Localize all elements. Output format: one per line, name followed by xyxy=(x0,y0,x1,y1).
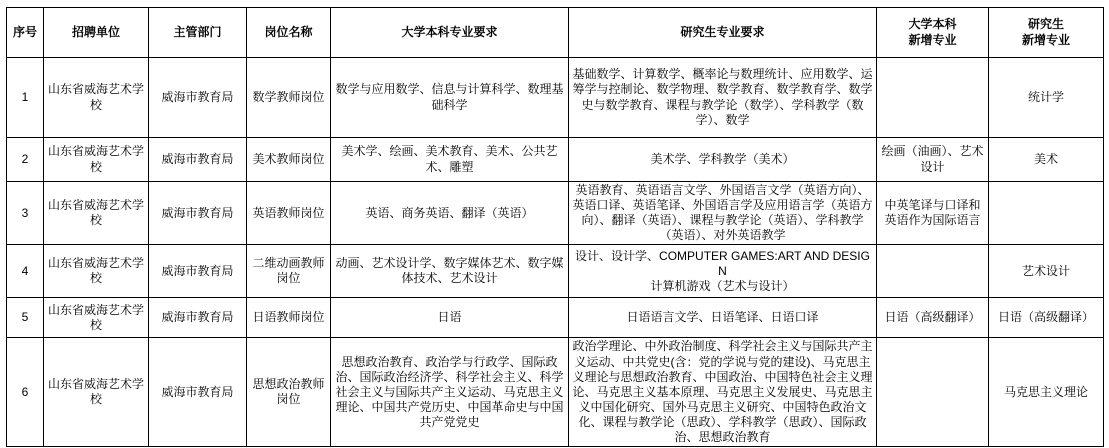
cell-benke-xinzeng: 日语（高级翻译） xyxy=(877,298,989,338)
cell-zhaopin-danwei: 山东省威海艺术学校 xyxy=(44,58,149,138)
cell-benke-xinzeng xyxy=(877,245,989,298)
cell-benke-xinzeng: 绘画（油画）、艺术设计 xyxy=(877,138,989,182)
cell-zhaopin-danwei: 山东省威海艺术学校 xyxy=(44,245,149,298)
cell-benke-yaoqiu: 动画、艺术设计学、数字媒体艺术、数字媒体技术、艺术设计 xyxy=(331,245,569,298)
cell-yanjiusheng-yaoqiu: 美术学、学科教学（美术） xyxy=(569,138,877,182)
column-header-gangwei-mingcheng: 岗位名称 xyxy=(247,8,331,58)
cell-zhuguan-bumen: 威海市教育局 xyxy=(149,58,247,138)
cell-zhuguan-bumen: 威海市教育局 xyxy=(149,298,247,338)
cell-xuhao: 4 xyxy=(7,245,44,298)
cell-zhaopin-danwei: 山东省威海艺术学校 xyxy=(44,138,149,182)
cell-benke-yaoqiu: 英语、商务英语、翻译（英语） xyxy=(331,182,569,245)
column-header-zhuguan-bumen: 主管部门 xyxy=(149,8,247,58)
cell-gangwei-mingcheng: 日语教师岗位 xyxy=(247,298,331,338)
cell-yanjiusheng-xinzeng: 马克思主义理论 xyxy=(989,338,1104,447)
table-row: 4山东省威海艺术学校威海市教育局二维动画教师岗位动画、艺术设计学、数字媒体艺术、… xyxy=(7,245,1104,298)
cell-gangwei-mingcheng: 英语教师岗位 xyxy=(247,182,331,245)
column-header-benke-xinzeng: 大学本科 新增专业 xyxy=(877,8,989,58)
table-row: 1山东省威海艺术学校威海市教育局数学教师岗位数学与应用数学、信息与计算科学、数理… xyxy=(7,58,1104,138)
cell-xuhao: 1 xyxy=(7,58,44,138)
table-body: 1山东省威海艺术学校威海市教育局数学教师岗位数学与应用数学、信息与计算科学、数理… xyxy=(7,58,1104,447)
cell-benke-yaoqiu: 数学与应用数学、信息与计算科学、数理基础科学 xyxy=(331,58,569,138)
column-header-benke-yaoqiu: 大学本科专业要求 xyxy=(331,8,569,58)
header-row: 序号 招聘单位 主管部门 岗位名称 大学本科专业要求 研究生专业要求 大学本科 … xyxy=(7,8,1104,58)
cell-yanjiusheng-xinzeng xyxy=(989,182,1104,245)
cell-benke-yaoqiu: 美术学、绘画、美术教育、美术、公共艺术、雕塑 xyxy=(331,138,569,182)
cell-yanjiusheng-yaoqiu: 设计、设计学、COMPUTER GAMES:ART AND DESIGN 计算机… xyxy=(569,245,877,298)
cell-benke-yaoqiu: 日语 xyxy=(331,298,569,338)
recruitment-table: 序号 招聘单位 主管部门 岗位名称 大学本科专业要求 研究生专业要求 大学本科 … xyxy=(6,7,1104,447)
page: 序号 招聘单位 主管部门 岗位名称 大学本科专业要求 研究生专业要求 大学本科 … xyxy=(0,0,1109,448)
table-row: 2山东省威海艺术学校威海市教育局美术教师岗位美术学、绘画、美术教育、美术、公共艺… xyxy=(7,138,1104,182)
cell-gangwei-mingcheng: 二维动画教师岗位 xyxy=(247,245,331,298)
table-header: 序号 招聘单位 主管部门 岗位名称 大学本科专业要求 研究生专业要求 大学本科 … xyxy=(7,8,1104,58)
cell-gangwei-mingcheng: 美术教师岗位 xyxy=(247,138,331,182)
column-header-zhaopin-danwei: 招聘单位 xyxy=(44,8,149,58)
cell-benke-yaoqiu: 思想政治教育、政治学与行政学、国际政治、国际政治经济学、科学社会主义、科学社会主… xyxy=(331,338,569,447)
cell-xuhao: 2 xyxy=(7,138,44,182)
cell-benke-xinzeng: 中英笔译与口译和英语作为国际语言 xyxy=(877,182,989,245)
cell-yanjiusheng-xinzeng: 艺术设计 xyxy=(989,245,1104,298)
cell-zhuguan-bumen: 威海市教育局 xyxy=(149,182,247,245)
table-row: 3山东省威海艺术学校威海市教育局英语教师岗位英语、商务英语、翻译（英语）英语教育… xyxy=(7,182,1104,245)
cell-yanjiusheng-yaoqiu: 基础数学、计算数学、概率论与数理统计、应用数学、运筹学与控制论、数学物理、数学教… xyxy=(569,58,877,138)
cell-gangwei-mingcheng: 思想政治教师岗位 xyxy=(247,338,331,447)
cell-zhaopin-danwei: 山东省威海艺术学校 xyxy=(44,182,149,245)
cell-yanjiusheng-yaoqiu: 英语教育、英语语言文学、外国语言文学（英语方向）、英语口译、英语笔译、外国语言学… xyxy=(569,182,877,245)
cell-gangwei-mingcheng: 数学教师岗位 xyxy=(247,58,331,138)
cell-zhaopin-danwei: 山东省威海艺术学校 xyxy=(44,338,149,447)
cell-zhuguan-bumen: 威海市教育局 xyxy=(149,245,247,298)
column-header-xuhao: 序号 xyxy=(7,8,44,58)
cell-xuhao: 3 xyxy=(7,182,44,245)
cell-zhuguan-bumen: 威海市教育局 xyxy=(149,138,247,182)
cell-benke-xinzeng xyxy=(877,338,989,447)
table-row: 6山东省威海艺术学校威海市教育局思想政治教师岗位思想政治教育、政治学与行政学、国… xyxy=(7,338,1104,447)
cell-xuhao: 5 xyxy=(7,298,44,338)
cell-xuhao: 6 xyxy=(7,338,44,447)
cell-benke-xinzeng xyxy=(877,58,989,138)
cell-yanjiusheng-yaoqiu: 日语语言文学、日语笔译、日语口译 xyxy=(569,298,877,338)
cell-yanjiusheng-xinzeng: 日语（高级翻译） xyxy=(989,298,1104,338)
cell-yanjiusheng-xinzeng: 统计学 xyxy=(989,58,1104,138)
cell-yanjiusheng-yaoqiu: 政治学理论、中外政治制度、科学社会主义与国际共产主义运动、中共党史(含：党的学说… xyxy=(569,338,877,447)
column-header-yanjiusheng-yaoqiu: 研究生专业要求 xyxy=(569,8,877,58)
column-header-yanjiusheng-xinzeng: 研究生 新增专业 xyxy=(989,8,1104,58)
cell-zhaopin-danwei: 山东省威海艺术学校 xyxy=(44,298,149,338)
table-row: 5山东省威海艺术学校威海市教育局日语教师岗位日语日语语言文学、日语笔译、日语口译… xyxy=(7,298,1104,338)
cell-zhuguan-bumen: 威海市教育局 xyxy=(149,338,247,447)
cell-yanjiusheng-xinzeng: 美术 xyxy=(989,138,1104,182)
